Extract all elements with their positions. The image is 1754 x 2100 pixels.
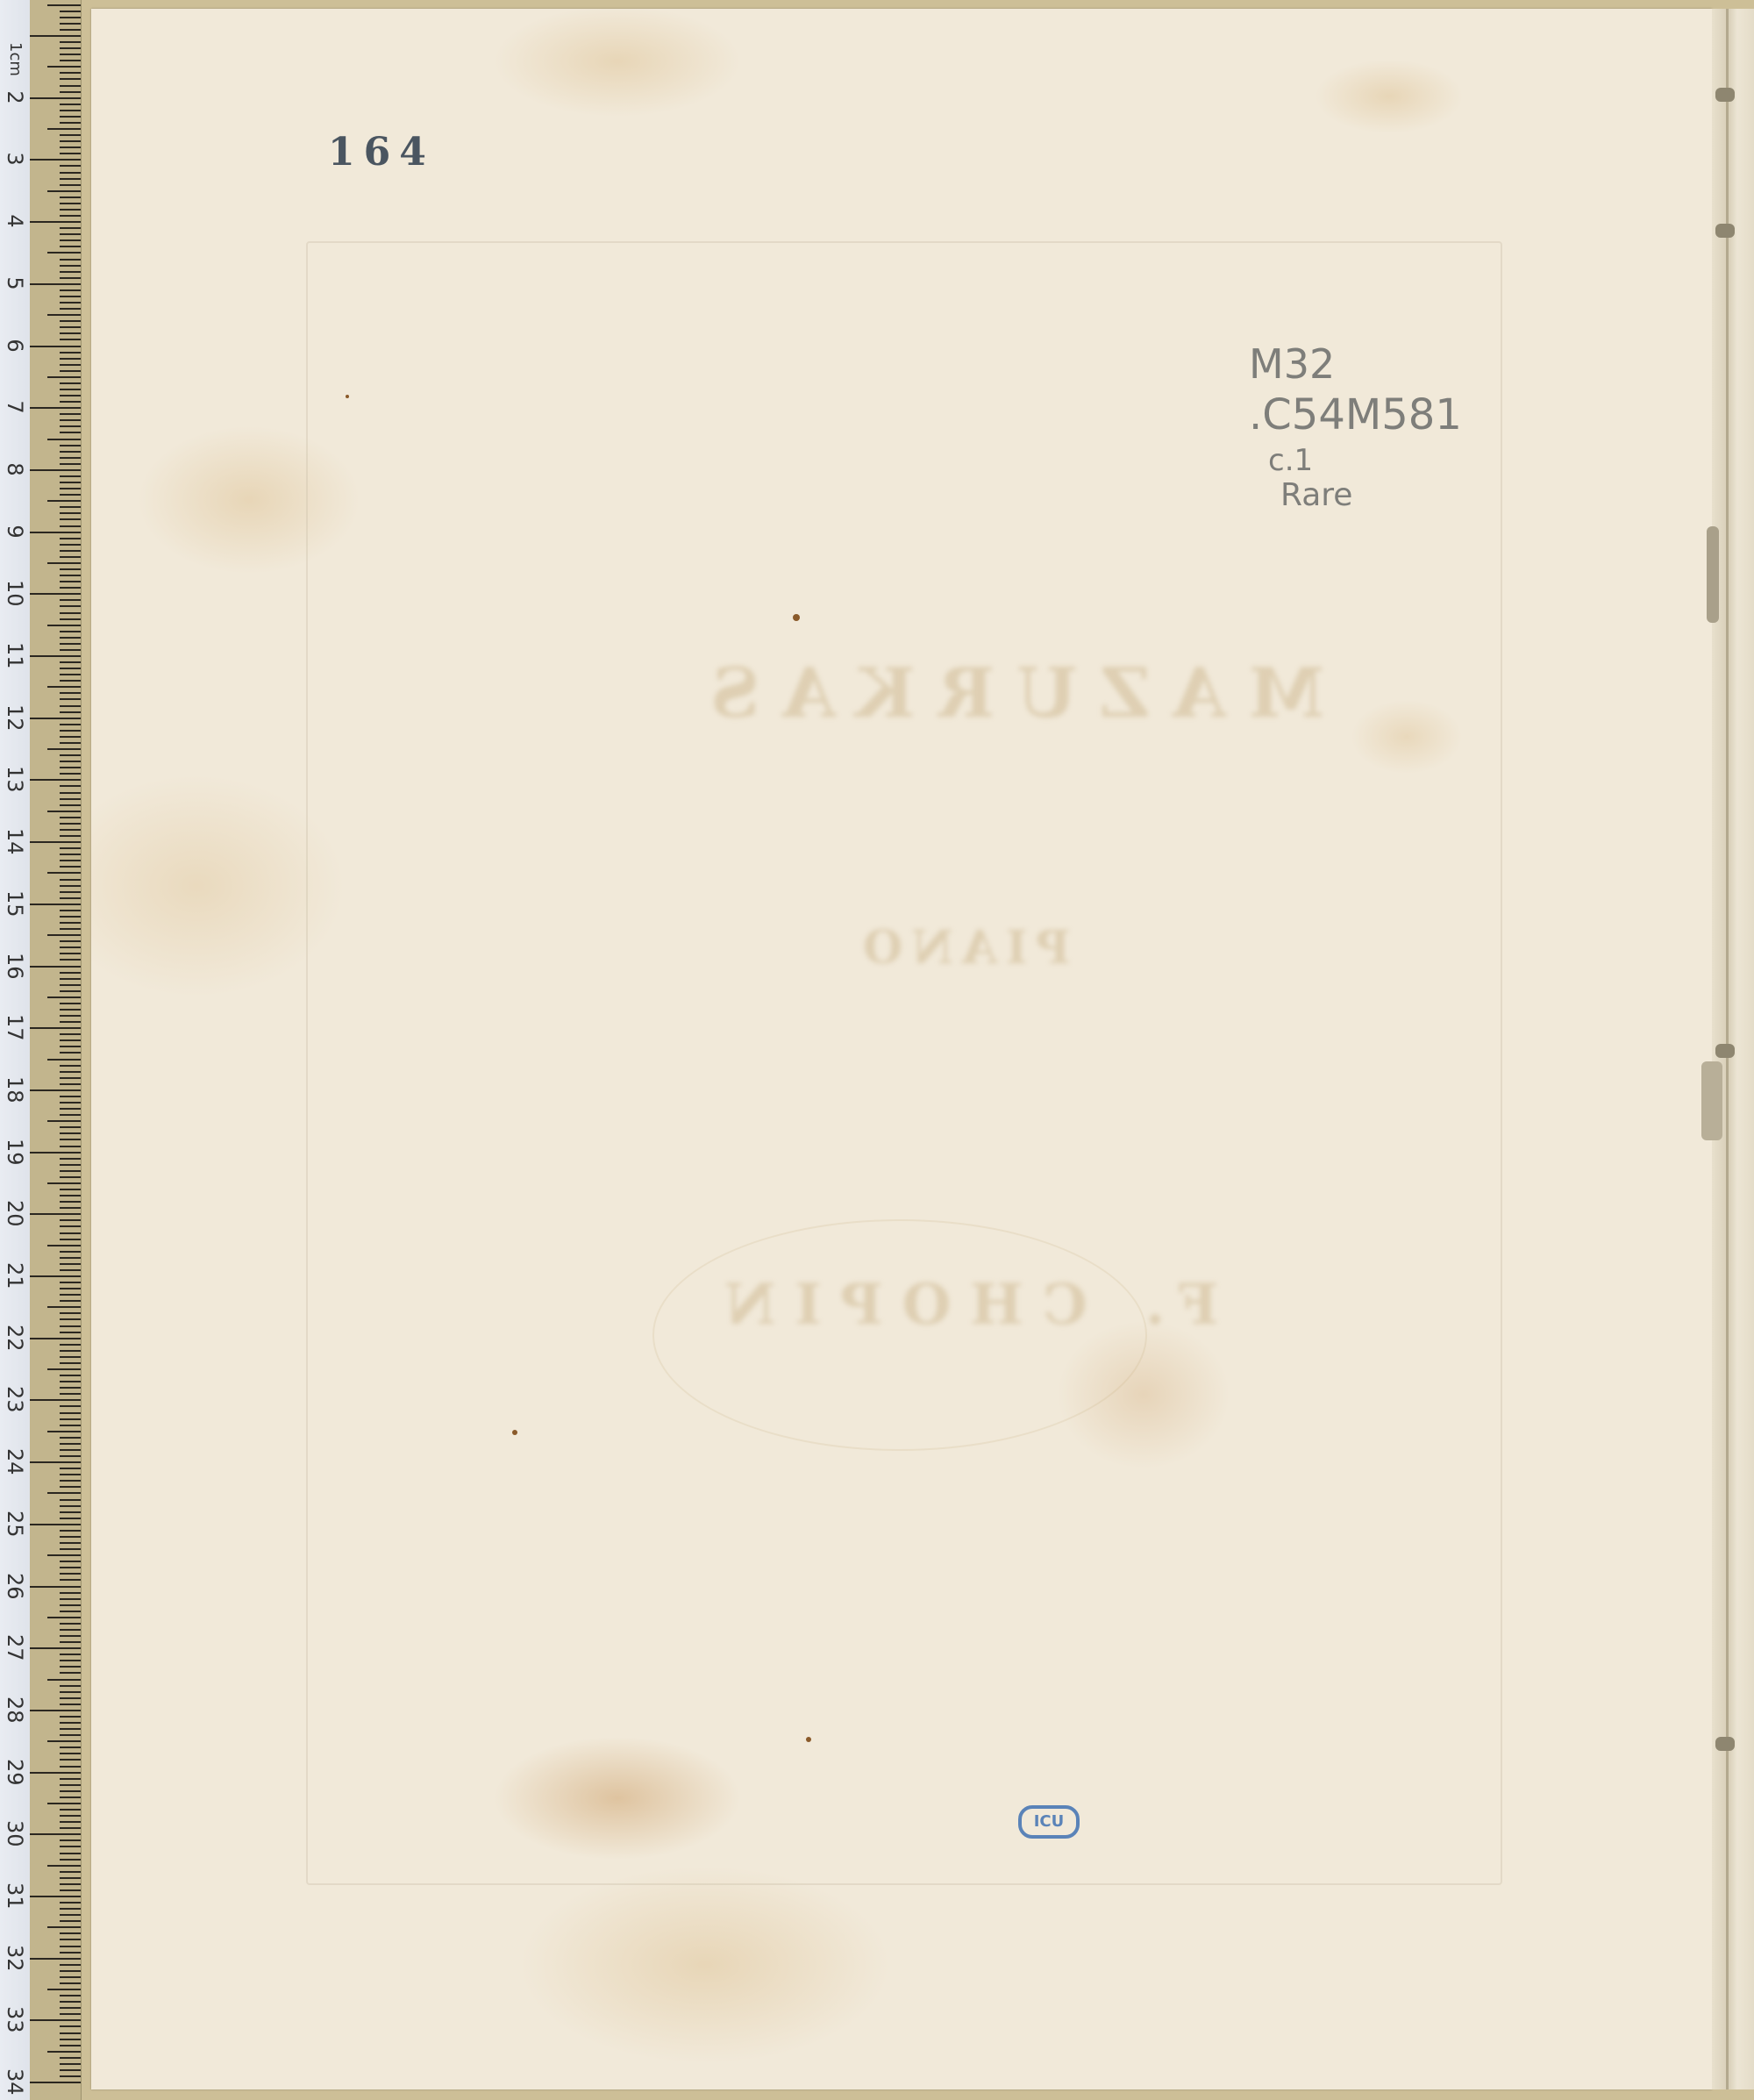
ruler-tick <box>60 1914 81 1916</box>
ruler-tick <box>60 512 81 514</box>
ruler-tick <box>47 1492 81 1494</box>
ruler-tick <box>60 233 81 235</box>
call-number-line-2: .C54M581 <box>1249 392 1462 439</box>
ruler-tick <box>60 1839 81 1841</box>
ruler-tick <box>30 904 81 905</box>
call-number-rare: Rare <box>1280 478 1462 513</box>
ruler-tick <box>60 1982 81 1984</box>
ruler-tick <box>47 1182 81 1184</box>
ruler-number: 16 <box>2 953 28 979</box>
ruler-unit-label: 1cm <box>2 42 28 68</box>
ruler-tick <box>60 1325 81 1327</box>
ruler-tick <box>60 1146 81 1147</box>
foxing-spot <box>806 1737 811 1742</box>
ruler-tick <box>60 172 81 174</box>
bleed-through-title: MAZURKAS <box>688 654 1324 733</box>
ruler-tick <box>60 1920 81 1922</box>
ruler-tick <box>60 1809 81 1811</box>
ruler-tick <box>60 1033 81 1035</box>
ruler-tick <box>60 1468 81 1469</box>
ruler-tick <box>60 1003 81 1004</box>
ruler-tick <box>60 1201 81 1203</box>
ruler-tick <box>60 289 81 291</box>
ruler-tick <box>60 1096 81 1097</box>
ruler-tick <box>60 916 81 918</box>
ruler-number: 26 <box>2 1573 28 1599</box>
ruler-tick <box>30 1710 81 1711</box>
ruler-tick <box>60 1375 81 1376</box>
ruler-tick <box>30 1152 81 1154</box>
ruler-tick <box>60 1158 81 1160</box>
ruler-tick <box>30 1958 81 1960</box>
ruler-number: 33 <box>2 2006 28 2032</box>
ruler-tick <box>60 1685 81 1687</box>
ruler-tick <box>60 959 81 961</box>
ruler-tick <box>47 190 81 192</box>
ruler-tick <box>60 1480 81 1482</box>
ruler-tick <box>60 2075 81 2077</box>
ruler-tick <box>60 488 81 489</box>
ruler-tick <box>60 246 81 247</box>
ruler-number: 5 <box>2 270 28 296</box>
binding-stitch <box>1715 88 1735 102</box>
ruler-tick <box>60 705 81 707</box>
ruler-tick <box>60 296 81 297</box>
ruler-tick <box>60 1629 81 1631</box>
ruler-tick <box>47 1120 81 1122</box>
ruler-tick <box>60 817 81 818</box>
ruler-tick <box>60 1350 81 1352</box>
ruler-tick <box>60 1623 81 1625</box>
ruler-tick <box>60 110 81 111</box>
ruler-tick <box>60 1939 81 1940</box>
ruler-tick <box>60 1691 81 1693</box>
ruler-tick <box>60 463 81 465</box>
ruler-tick <box>47 1926 81 1928</box>
ruler-tick <box>30 159 81 161</box>
ruler-tick <box>60 72 81 74</box>
ruler-tick <box>60 134 81 136</box>
ruler-tick <box>60 1300 81 1302</box>
ruler-tick <box>47 439 81 440</box>
ruler-tick <box>60 649 81 651</box>
ruler-tick <box>60 866 81 868</box>
ruler-tick <box>60 1883 81 1885</box>
ruler-tick <box>60 674 81 675</box>
ruler-tick <box>60 1114 81 1116</box>
ruler-tick <box>30 1399 81 1401</box>
ruler-tick <box>60 1728 81 1730</box>
ruler-tick <box>60 1766 81 1768</box>
ruler-tick <box>60 835 81 837</box>
ruler-tick <box>60 1815 81 1817</box>
ruler-tick <box>60 1518 81 1519</box>
library-stamp: ICU <box>1018 1805 1080 1839</box>
ruler-tick <box>60 1753 81 1754</box>
ruler-tick <box>47 1617 81 1618</box>
ruler-tick <box>60 1666 81 1668</box>
ruler-number: 29 <box>2 1759 28 1785</box>
ruler-tick <box>30 1089 81 1091</box>
torn-binding <box>1707 526 1719 623</box>
ruler-tick <box>60 1846 81 1847</box>
ruler-tick <box>60 1455 81 1457</box>
bleed-through-composer: F. CHOPIN <box>705 1272 1218 1338</box>
ruler-tick <box>60 575 81 576</box>
ruler-tick <box>60 1425 81 1426</box>
ruler-tick <box>60 1164 81 1166</box>
ruler-tick <box>47 811 81 812</box>
ruler-tick <box>47 1059 81 1061</box>
ruler-tick <box>47 1245 81 1246</box>
ruler-tick <box>60 60 81 61</box>
ruler-tick <box>60 1021 81 1023</box>
ruler-tick <box>47 66 81 68</box>
ruler-tick <box>47 1989 81 1990</box>
ruler-tick <box>60 1207 81 1209</box>
ruler-tick <box>60 1654 81 1655</box>
ruler-tick <box>60 972 81 974</box>
ruler-tick <box>60 525 81 527</box>
ruler-tick <box>30 1586 81 1588</box>
ruler-tick <box>60 178 81 180</box>
ruler-tick <box>60 1877 81 1879</box>
ruler-tick <box>60 1039 81 1041</box>
ruler-tick <box>60 308 81 310</box>
ruler-tick <box>60 1952 81 1954</box>
ruler-tick <box>60 1716 81 1718</box>
ruler-number: 8 <box>2 456 28 482</box>
ruler-tick <box>60 922 81 924</box>
ruler-tick <box>60 209 81 211</box>
ruler-tick <box>30 1896 81 1897</box>
ruler-tick <box>60 1946 81 1947</box>
ruler-tick <box>60 1641 81 1643</box>
foxing-spot <box>793 614 800 621</box>
ruler-tick <box>60 1077 81 1079</box>
ruler-tick <box>30 841 81 843</box>
ruler-tick <box>60 1908 81 1910</box>
ruler-tick <box>60 1976 81 1978</box>
ruler-tick <box>60 1269 81 1271</box>
ruler-tick <box>60 2045 81 2046</box>
ruler-tick <box>60 1009 81 1011</box>
ruler-tick <box>30 966 81 968</box>
call-number-line-1: M32 <box>1249 342 1462 387</box>
ruler-tick <box>60 122 81 124</box>
ruler-tick <box>60 2039 81 2040</box>
ruler-tick <box>60 792 81 794</box>
ruler-tick <box>60 1759 81 1761</box>
ruler-number: 14 <box>2 828 28 854</box>
ruler-tick <box>60 2025 81 2027</box>
ruler-number: 21 <box>2 1262 28 1289</box>
ruler-tick <box>60 773 81 775</box>
ruler-number: 32 <box>2 1945 28 1971</box>
ruler-tick <box>30 532 81 533</box>
foxing-spot <box>512 1430 517 1435</box>
ruler-tick <box>47 1740 81 1742</box>
ruler-tick <box>60 1474 81 1475</box>
ruler-tick <box>60 140 81 142</box>
ruler-tick <box>60 382 81 384</box>
ruler-tick <box>60 29 81 31</box>
ruler-tick <box>60 1189 81 1190</box>
ruler-tick <box>30 469 81 471</box>
ruler-tick <box>60 1362 81 1364</box>
ruler-tick <box>47 996 81 998</box>
ruler-tick <box>60 339 81 340</box>
ruler-tick <box>60 643 81 645</box>
ruler-tick <box>60 475 81 477</box>
ruler-tick <box>60 1889 81 1891</box>
ruler-number: 25 <box>2 1511 28 1537</box>
ruler-tick <box>60 1853 81 1854</box>
ruler-tick <box>47 872 81 874</box>
ruler-tick <box>60 1902 81 1904</box>
ruler-tick <box>60 1871 81 1873</box>
ruler-tick <box>60 1356 81 1358</box>
ruler-tick <box>60 370 81 372</box>
ruler-number: 12 <box>2 704 28 731</box>
ruler-tick <box>60 860 81 861</box>
ruler-tick <box>60 910 81 911</box>
ruler-tick <box>60 326 81 328</box>
ruler-tick <box>60 2032 81 2034</box>
ruler-tick <box>60 2057 81 2059</box>
ruler-tick <box>47 934 81 936</box>
ruler-tick <box>60 1139 81 1140</box>
ruler-tick <box>60 432 81 433</box>
ruler-tick <box>47 686 81 688</box>
ruler-tick <box>30 1772 81 1774</box>
ruler-tick <box>60 146 81 148</box>
ruler-tick <box>60 1437 81 1439</box>
ruler-tick <box>60 389 81 390</box>
ruler-tick <box>60 1964 81 1966</box>
ruler-tick <box>60 1778 81 1780</box>
ruler-tick <box>60 1561 81 1562</box>
ruler-tick <box>60 1784 81 1786</box>
ruler-tick <box>60 401 81 403</box>
ruler-tick <box>60 724 81 725</box>
ruler-tick <box>60 885 81 887</box>
ruler-tick <box>60 413 81 415</box>
ruler-tick <box>60 506 81 508</box>
ruler-number: 7 <box>2 394 28 420</box>
ruler-tick <box>60 259 81 261</box>
ruler-tick <box>60 1071 81 1073</box>
ruler-tick <box>60 1257 81 1259</box>
ruler-tick <box>60 1821 81 1823</box>
ruler-tick <box>60 457 81 459</box>
ruler-tick <box>60 47 81 49</box>
ruler-tick <box>60 742 81 744</box>
ruler-tick <box>60 1995 81 1996</box>
ruler-tick <box>30 1461 81 1463</box>
ruler-tick <box>60 599 81 601</box>
ruler-tick <box>47 625 81 626</box>
ruler-tick <box>60 1195 81 1196</box>
ruler-tick <box>60 184 81 186</box>
ruler-tick <box>60 711 81 713</box>
ruler-tick <box>47 1554 81 1556</box>
ruler-tick <box>47 748 81 750</box>
ruler-tick <box>60 1511 81 1513</box>
ruler-tick <box>60 395 81 396</box>
ruler-tick <box>60 1567 81 1568</box>
pencil-call-number: M32 .C54M581 c.1 Rare <box>1249 342 1462 512</box>
ruler-tick <box>60 215 81 217</box>
ruler-tick <box>60 1176 81 1178</box>
ruler-tick <box>60 445 81 446</box>
ruler-tick <box>60 1672 81 1674</box>
ruler-tick <box>60 1282 81 1283</box>
ruler-tick <box>60 568 81 570</box>
ruler-number: 28 <box>2 1696 28 1723</box>
ruler-tick <box>60 736 81 738</box>
ruler-tick <box>47 376 81 378</box>
ruler-tick <box>60 940 81 942</box>
ruler-tick <box>30 221 81 223</box>
ruler-tick <box>60 550 81 552</box>
ruler-tick <box>60 879 81 881</box>
ruler-tick <box>30 35 81 37</box>
ruler-tick <box>60 196 81 198</box>
ruler-tick <box>60 680 81 682</box>
ruler-tick <box>60 854 81 855</box>
ruler-number: 18 <box>2 1076 28 1103</box>
ruler-number: 11 <box>2 642 28 668</box>
bleed-through-middle: PIANO <box>854 921 1071 975</box>
ruler-tick <box>60 1970 81 1972</box>
ruler-tick <box>60 2007 81 2009</box>
ruler-tick <box>30 283 81 285</box>
ruler-tick <box>60 41 81 43</box>
ruler-tick <box>60 419 81 421</box>
ruler-tick <box>60 1052 81 1054</box>
ruler-tick <box>47 1431 81 1432</box>
ruler-tick <box>60 730 81 732</box>
ruler-tick <box>60 798 81 800</box>
ruler-tick <box>47 562 81 564</box>
ruler-tick <box>60 85 81 87</box>
ruler-tick <box>60 953 81 954</box>
ruler-tick <box>60 1790 81 1792</box>
ruler-tick <box>60 767 81 768</box>
ruler-tick <box>60 1015 81 1017</box>
ruler-tick <box>60 1598 81 1600</box>
foxing-spot <box>346 395 349 398</box>
ruler-number: 3 <box>2 146 28 172</box>
ruler-tick <box>60 1604 81 1606</box>
ruler-number: 10 <box>2 580 28 606</box>
ruler-tick <box>60 637 81 639</box>
ruler-tick <box>60 605 81 607</box>
ruler-tick <box>60 928 81 930</box>
ruler-tick <box>60 581 81 582</box>
ruler-tick <box>60 829 81 831</box>
ruler-tick <box>60 425 81 427</box>
ruler-tick <box>60 618 81 620</box>
ruler-tick <box>60 897 81 899</box>
ruler-tick <box>30 2082 81 2083</box>
ruler-tick <box>60 1412 81 1414</box>
ruler-tick <box>60 1443 81 1445</box>
binding-stitch <box>1715 224 1735 238</box>
ruler-tick <box>60 153 81 154</box>
ruler-tick <box>60 2013 81 2015</box>
ruler-tick <box>60 451 81 453</box>
ruler-tick <box>30 1275 81 1277</box>
ruler-tick <box>60 538 81 539</box>
ruler-tick <box>60 1505 81 1507</box>
call-number-copy: c.1 <box>1268 445 1462 477</box>
ruler-tick <box>60 23 81 25</box>
ruler-tick <box>47 1679 81 1681</box>
ruler-tick <box>60 1536 81 1538</box>
ruler-tick <box>60 1611 81 1612</box>
ruler-tick <box>60 1796 81 1798</box>
ruler-tick <box>60 1170 81 1172</box>
ruler-tick <box>60 823 81 825</box>
ruler-tick <box>60 302 81 304</box>
ruler-tick <box>60 1734 81 1736</box>
ruler-tick <box>60 1344 81 1346</box>
ruler-tick <box>60 1579 81 1581</box>
ruler-tick <box>47 4 81 6</box>
ruler-tick <box>60 631 81 632</box>
ruler-tick <box>60 1083 81 1085</box>
ruler-tick <box>60 1263 81 1265</box>
ruler-tick <box>60 544 81 546</box>
ruler-tick <box>60 482 81 483</box>
ruler-tick <box>60 946 81 948</box>
ruler-tick <box>60 116 81 118</box>
ruler-tick <box>60 1318 81 1320</box>
ruler-tick <box>60 1239 81 1240</box>
ruler-tick <box>60 1108 81 1110</box>
ruler-tick <box>60 1592 81 1594</box>
ruler-tick <box>60 1530 81 1532</box>
ruler-tick <box>60 11 81 12</box>
ruler-tick <box>60 978 81 980</box>
ruler-tick <box>60 692 81 694</box>
ruler-tick <box>60 1387 81 1389</box>
ruler-tick <box>60 364 81 366</box>
ruler-tick <box>30 407 81 409</box>
ruler-tick <box>60 494 81 496</box>
ruler-tick <box>60 358 81 360</box>
ruler-tick <box>30 655 81 657</box>
ruler-tick <box>60 17 81 18</box>
ruler-tick <box>60 1312 81 1314</box>
ruler-tick <box>30 2019 81 2021</box>
ruler-tick <box>60 804 81 806</box>
ruler-tick <box>60 1232 81 1234</box>
ruler-number: 15 <box>2 890 28 917</box>
ruler-number: 20 <box>2 1200 28 1226</box>
ruler-tick <box>60 277 81 279</box>
ruler-tick <box>60 1126 81 1128</box>
ruler-tick <box>30 593 81 595</box>
ruler-tick <box>60 1405 81 1407</box>
document-page: 164 M32 .C54M581 c.1 Rare MAZURKAS PIANO… <box>91 9 1712 2089</box>
ruler-tick <box>60 990 81 992</box>
ruler-number: 27 <box>2 1634 28 1661</box>
ruler-tick <box>47 500 81 502</box>
ruler-number: 4 <box>2 208 28 234</box>
